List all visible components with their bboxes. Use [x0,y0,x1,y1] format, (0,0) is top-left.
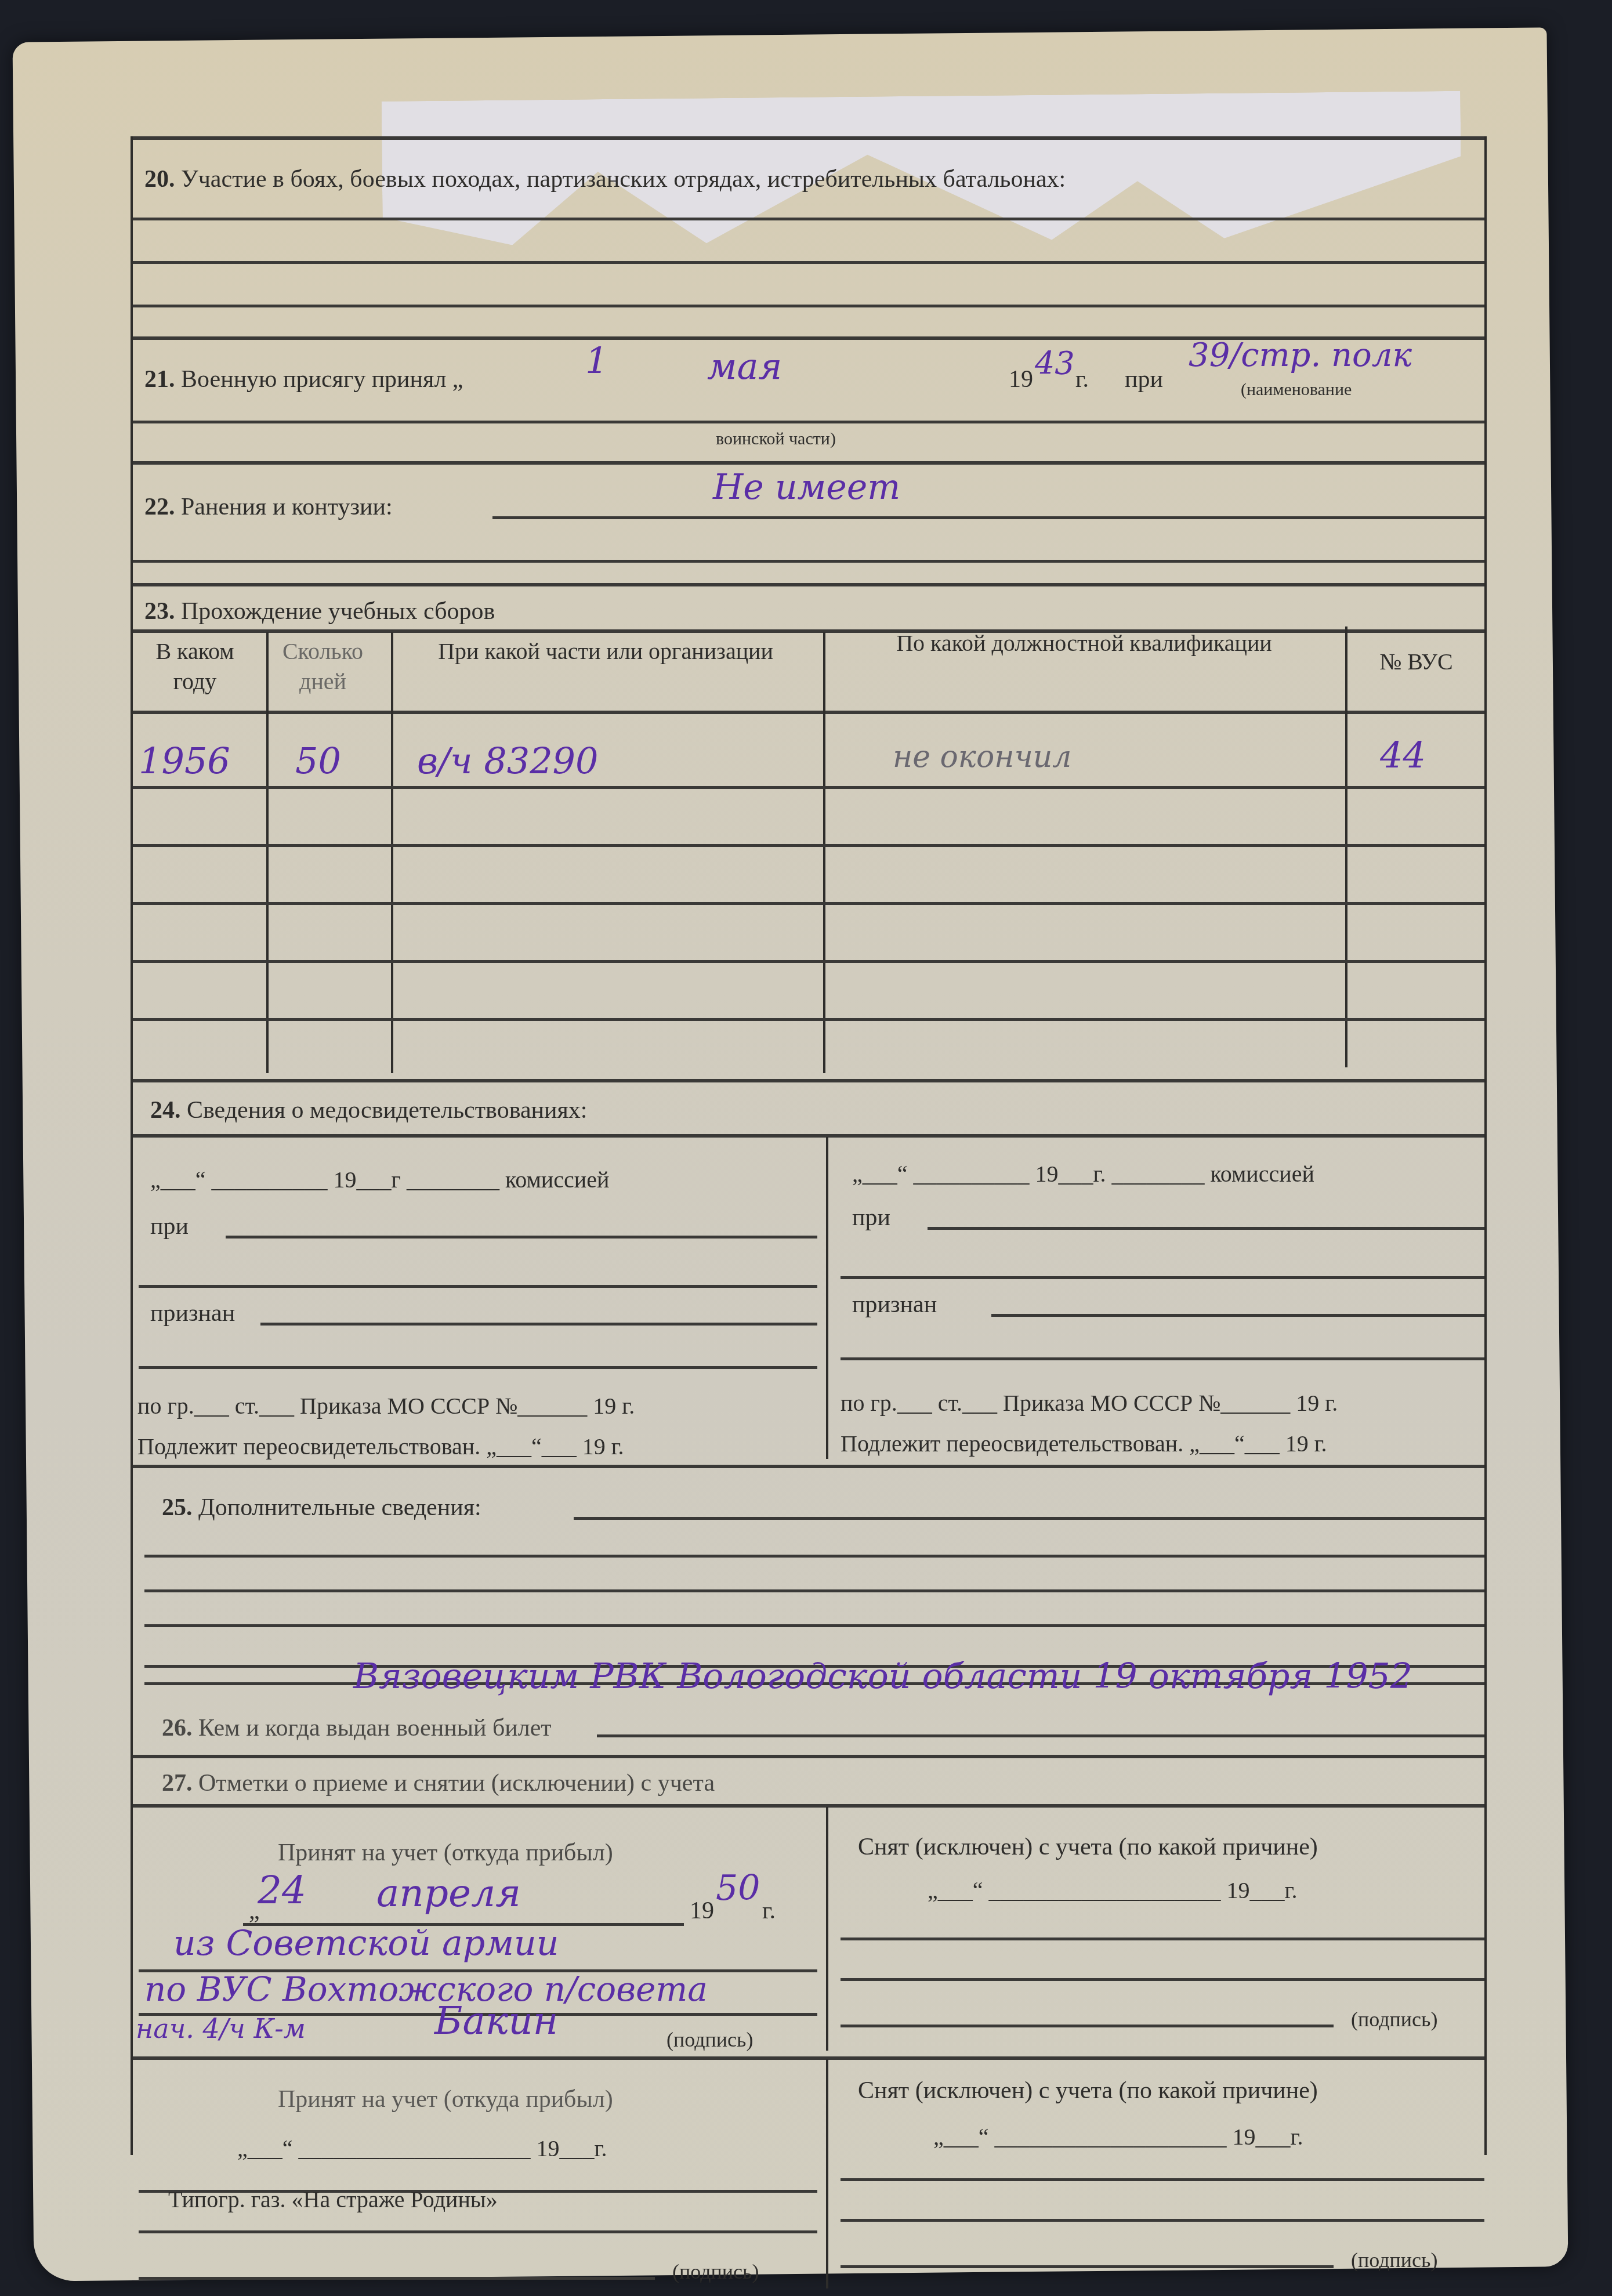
blank-line [133,261,1484,264]
blank-line [133,305,1484,307]
military-id-issuer: Вязовецким РВК Вологодской области 19 ок… [353,1656,1412,1697]
caption-military-unit: воинской части) [716,429,836,449]
blank-line [133,560,1484,563]
blank-line [841,2265,1334,2268]
column-header-days: Сколько дней [260,636,385,697]
accepted-title-1: Принят на учет (откуда прибыл) [278,1839,613,1867]
section-25-label: 25. Дополнительные сведения: [162,1494,481,1522]
column-divider [826,1137,828,1459]
wounds-value: Не имеет [713,467,900,508]
rule [133,1079,1484,1082]
oath-day: 1 [585,339,608,382]
blank-line [597,1734,1484,1737]
accepted-year-unit: г. [762,1897,776,1925]
rule [133,711,1484,714]
column-header-unit: При какой части или организации [394,636,817,667]
table-row-line [133,960,1484,963]
rule [133,136,1484,140]
section-21-label: 21. Военную присягу принял „ [144,365,463,393]
med-right-at-label: при [852,1204,890,1232]
oath-year-prefix: 19 [1009,365,1033,393]
accepted-date-line-2: „___“ ____________________ 19___г. [237,2135,607,2162]
column-header-year: В каком году [134,636,256,697]
column-divider [266,632,269,1073]
signature-caption-2: (подпись) [672,2259,759,2284]
column-divider [391,632,393,1073]
removed-signature-caption-1: (подпись) [1351,2007,1437,2031]
accepted-year-suffix: 50 [716,1868,760,1908]
table-row-line [133,1018,1484,1021]
blank-line [144,1555,1484,1558]
accepted-year-prefix: 19 [690,1897,714,1925]
removed-signature-caption-2: (подпись) [1351,2248,1437,2272]
column-divider [826,2059,828,2288]
military-id-form: 20. Участие в боях, боевых походах, парт… [131,136,1487,2155]
oath-at-label: при [1125,365,1163,393]
accepted-origin-line-1: из Советской армии [173,1923,559,1964]
printer-imprint: Типогр. газ. «На страже Родины» [168,2186,498,2213]
blank-line [260,1323,817,1326]
med-left-recognized-label: признан [150,1299,235,1327]
med-right-order-line: по гр.___ ст.___ Приказа МО СССР №______… [841,1389,1338,1417]
training-days: 50 [295,740,341,782]
oath-year-unit: г. [1075,365,1089,393]
blank-line [841,1938,1484,1940]
blank-line [841,2219,1484,2222]
removed-date-line-2: „___“ ____________________ 19___г. [933,2123,1303,2150]
section-24-label: 24. Сведения о медосвидетельствованиях: [150,1096,588,1124]
blank-line [841,2178,1484,2181]
training-year: 1956 [139,740,230,782]
section-22-label: 22. Ранения и контузии: [144,493,393,521]
accepted-title-2: Принят на учет (откуда прибыл) [278,2085,613,2113]
rule [133,2056,1484,2060]
blank-line [226,1236,817,1238]
accepted-month: апреля [376,1871,521,1915]
blank-line [139,1366,817,1369]
med-left-reexam-line: Подлежит переосвидетельствован. „___“___… [137,1433,624,1460]
blank-line [139,1285,817,1288]
oath-year-suffix: 43 [1035,345,1075,382]
blank-line [841,1978,1484,1981]
rule [133,583,1484,586]
column-divider [823,632,825,1073]
blank-line [139,2230,817,2233]
blank-line [133,218,1484,220]
blank-line [991,1314,1484,1317]
removed-title-2: Снят (исключен) с учета (по какой причин… [858,2077,1318,2105]
table-row-line [133,786,1484,789]
accepted-signature: Бакин [434,1998,558,2043]
accepted-origin-line-2: по ВУС Вохтожского п/совета [144,1969,708,2009]
removed-date-line-1: „___“ ____________________ 19___г. [928,1877,1297,1904]
med-right-recognized-label: признан [852,1291,937,1319]
blank-line [144,1589,1484,1592]
section-20-label: 20. Участие в боях, боевых походах, парт… [144,165,1066,193]
accepted-signer-title: нач. 4/ч К-м [136,2013,306,2044]
med-left-at-label: при [150,1212,189,1240]
rule [133,1134,1484,1138]
rule [133,461,1484,465]
section-23-label: 23. Прохождение учебных сборов [144,597,495,625]
column-divider [826,1807,828,2051]
blank-line [133,421,1484,423]
blank-line [841,2025,1334,2027]
blank-line [144,1624,1484,1627]
caption-name: (наименование [1241,380,1352,400]
oath-unit-value: 39/стр. полк [1189,336,1412,374]
column-header-qualification: По какой должностной квалификации [829,628,1339,658]
blank-line [574,1517,1484,1520]
rule [133,1465,1484,1468]
training-vus: 44 [1380,734,1426,776]
accepted-day: 24 [258,1868,306,1913]
blank-line [928,1227,1484,1230]
table-row-line [133,902,1484,905]
med-left-order-line: по гр.___ ст.___ Приказа МО СССР №______… [137,1392,635,1419]
oath-month: мая [707,345,782,388]
med-right-reexam-line: Подлежит переосвидетельствован. „___“___… [841,1430,1327,1457]
blank-line [492,516,1484,519]
column-divider [1345,626,1347,1067]
removed-title-1: Снят (исключен) с учета (по какой причин… [858,1833,1318,1861]
training-qualification: не окончил [893,740,1071,774]
blank-line [841,1276,1484,1279]
section-26-label: 26. Кем и когда выдан военный билет [162,1714,552,1742]
training-unit: в/ч 83290 [417,740,598,782]
rule [133,1755,1484,1758]
column-header-vus: № ВУС [1351,647,1481,677]
blank-line [139,2277,655,2280]
med-right-date-line: „___“ __________ 19___г. ________ комисс… [852,1160,1314,1187]
rule [133,1804,1484,1808]
signature-caption: (подпись) [666,2027,753,2052]
med-left-date-line: „___“ __________ 19___г ________ комисси… [150,1166,609,1193]
table-row-line [133,844,1484,847]
blank-line [841,1357,1484,1360]
section-27-label: 27. Отметки о приеме и снятии (исключени… [162,1769,715,1797]
